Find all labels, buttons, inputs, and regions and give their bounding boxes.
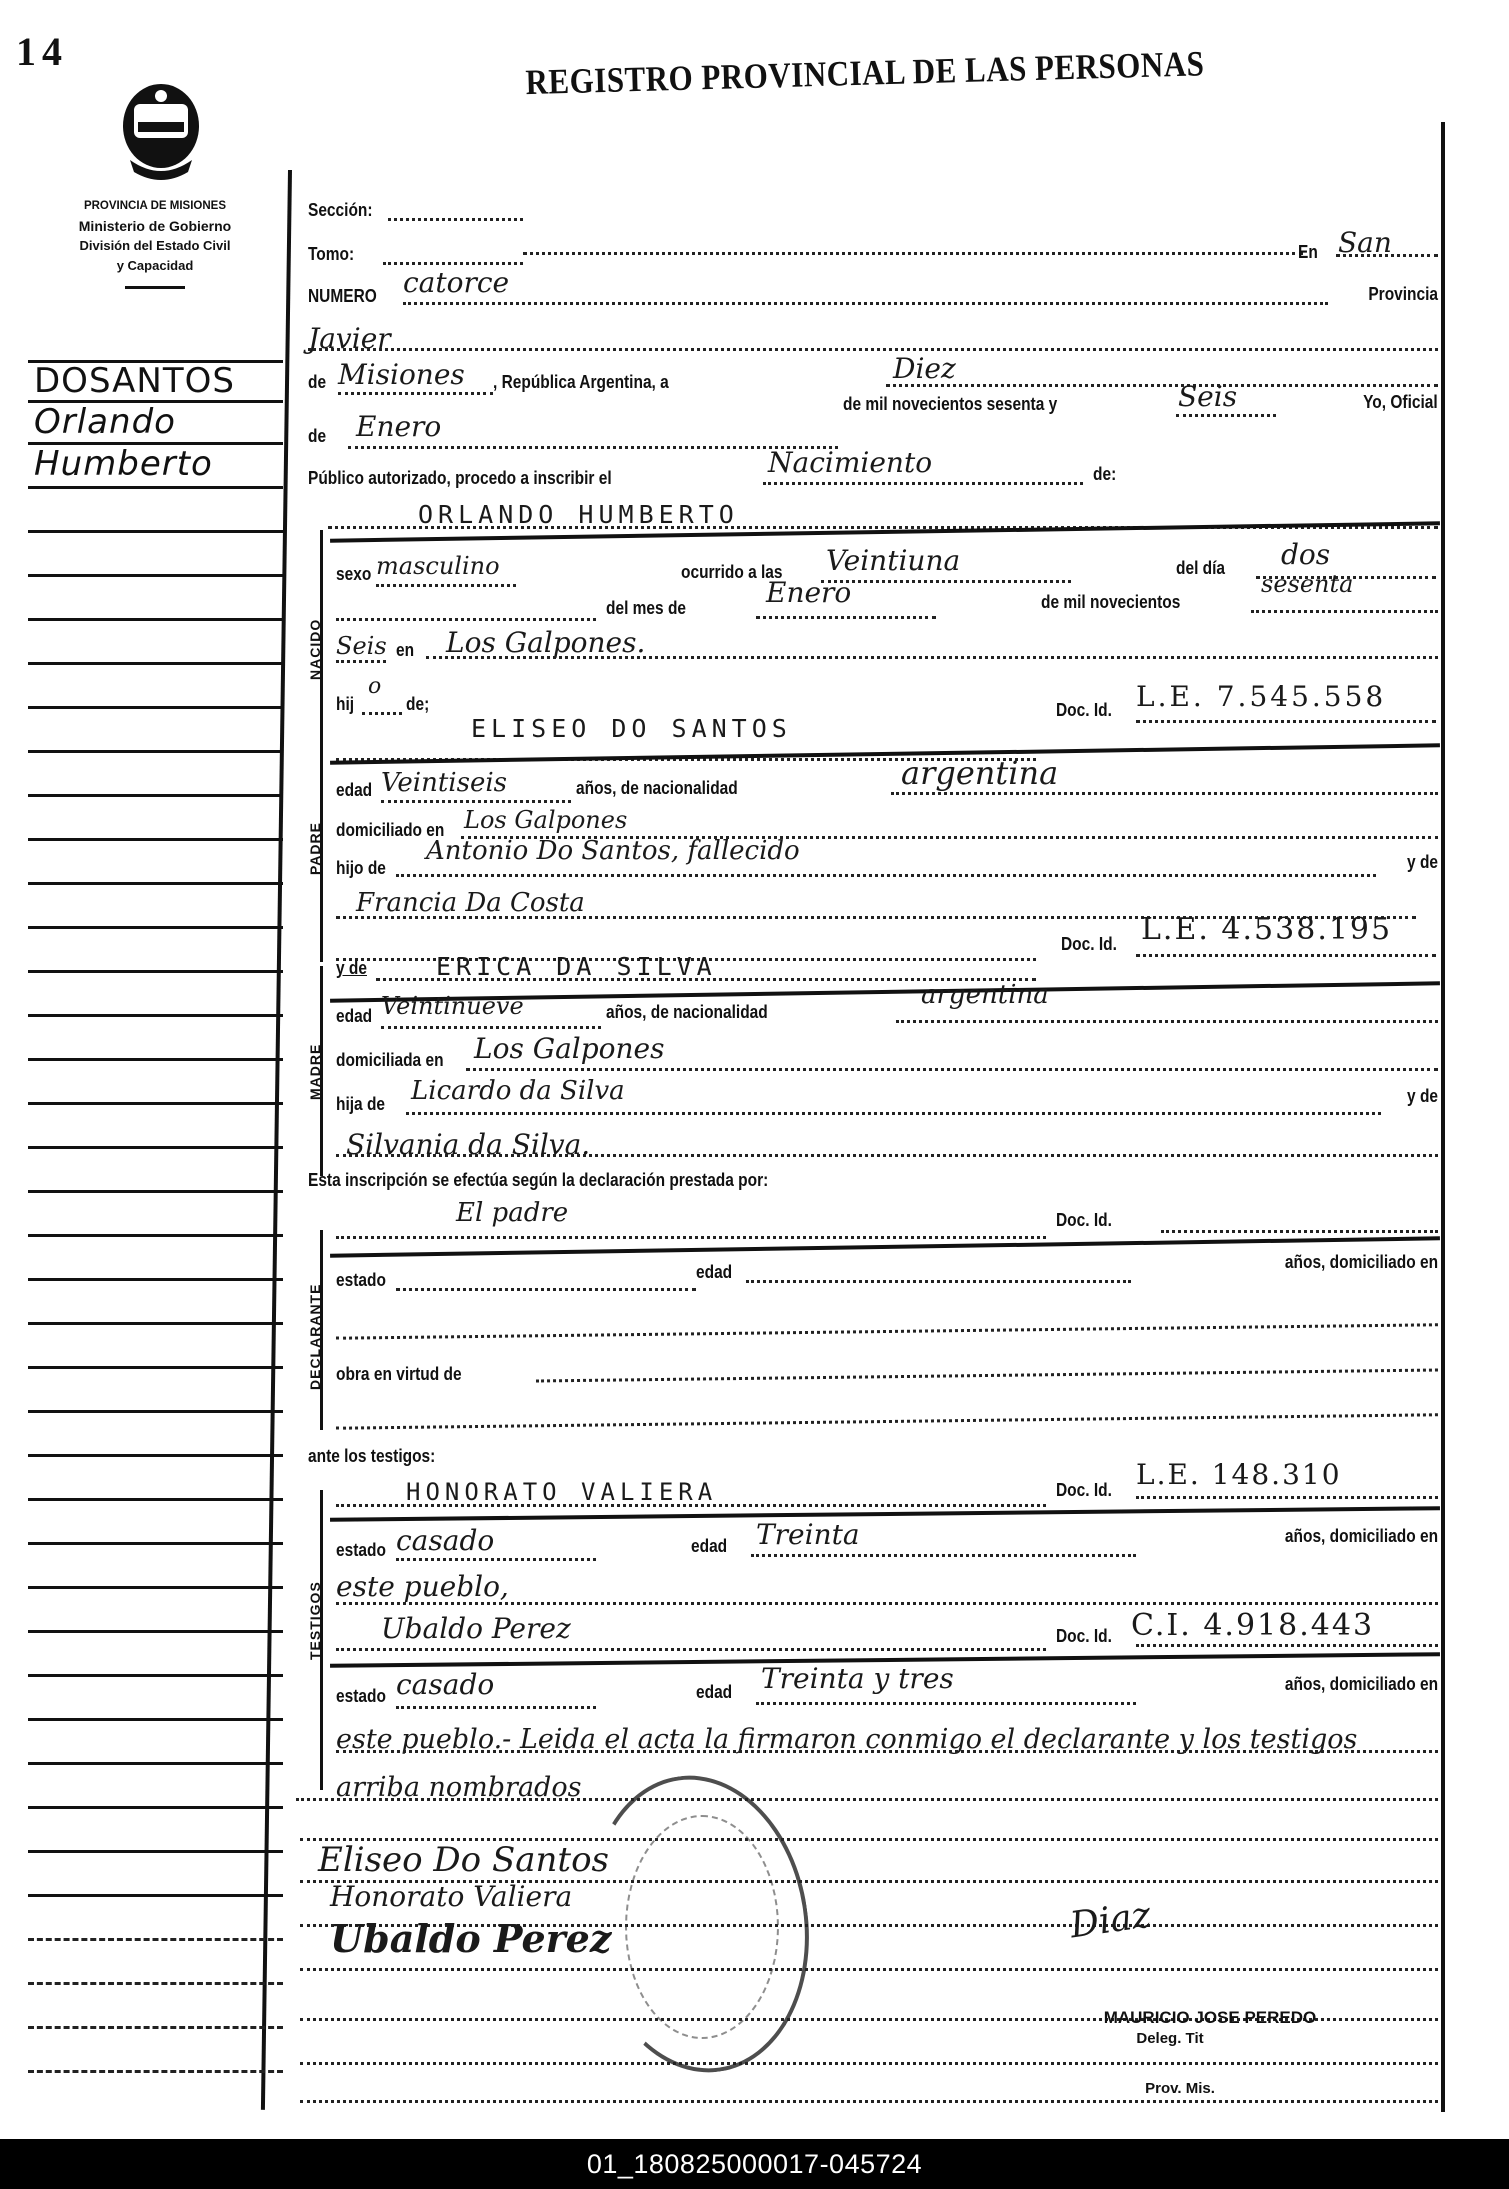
sexo-value: masculino <box>376 552 500 580</box>
testigo1-edad-label: edad <box>691 1536 727 1557</box>
testigo2-estado-value: casado <box>396 1668 494 1701</box>
testigo1-doc-label: Doc. Id. <box>1056 1480 1112 1501</box>
de2-label: de <box>308 426 326 447</box>
padre-nacionalidad-label: años, de nacionalidad <box>576 778 738 799</box>
margin-middle-name: Humberto <box>34 444 213 484</box>
field-declarante-domicilio-line <box>336 1320 1438 1350</box>
testigos-section-label: TESTIGOS <box>307 1581 323 1660</box>
field-anio: de mil novecientos sesenta y Seis Yo, Of… <box>308 394 1438 424</box>
margin-first-name: Orlando <box>34 402 176 442</box>
right-border <box>1441 122 1445 2112</box>
field-testigo2-estado: estado casado edad Treinta y tres años, … <box>336 1686 1438 1716</box>
fecha-dia-value: Diez <box>893 352 956 385</box>
lugar-nacimiento-value: Los Galpones. <box>446 626 645 659</box>
org-province: PROVINCIA DE MISIONES <box>20 196 290 216</box>
dia-nacimiento-value: dos <box>1281 538 1330 571</box>
field-madre-nombre: y de ERICA DA SILVA <box>336 958 1438 988</box>
field-testigo1-estado: estado casado edad Treinta años, domicil… <box>336 1540 1438 1570</box>
madre-doc-label: Doc. Id. <box>1061 934 1117 955</box>
testigos-intro-label: ante los testigos: <box>308 1446 435 1467</box>
field-hijo: hij o de; ELISEO DO SANTOS Doc. Id. L.E.… <box>336 694 1438 724</box>
field-declarante-estado: estado edad años, domiciliado en <box>336 1270 1438 1300</box>
padre-nacionalidad-value: argentina <box>901 754 1058 792</box>
numero-label: NUMERO <box>308 286 377 307</box>
field-seccion: Sección: <box>308 200 1438 230</box>
officer-title: Deleg. Tit <box>1070 2030 1270 2047</box>
padre-doc-value: L.E. 7.545.558 <box>1136 680 1386 713</box>
padre-doc-label: Doc. Id. <box>1056 700 1112 721</box>
nacido-section-label: NACIDO <box>307 619 323 680</box>
provincia-label: Provincia <box>1368 284 1438 305</box>
mes-value: Enero <box>356 410 441 443</box>
madre-domicilio-value: Los Galpones <box>474 1032 665 1065</box>
tomo-label: Tomo: <box>308 244 354 265</box>
org-capacity: y Capacidad <box>20 256 290 276</box>
hijo-suffix-value: o <box>368 674 381 699</box>
en-nacido-label: en <box>396 640 414 661</box>
numero-value: catorce <box>403 266 509 299</box>
de-value: Misiones <box>338 358 465 391</box>
testigo2-nombre-value: Ubaldo Perez <box>381 1612 571 1645</box>
padre-abuela-value: Francia Da Costa <box>356 888 585 918</box>
madre-y-de-label: y de <box>336 958 367 979</box>
mil-novecientos-label: de mil novecientos sesenta y <box>843 394 1057 415</box>
mes-nacimiento-value: Enero <box>766 576 851 609</box>
testigo1-edad-value: Treinta <box>756 1518 860 1551</box>
declarante-edad-label: edad <box>696 1262 732 1283</box>
issuing-organization: PROVINCIA DE MISIONES Ministerio de Gobi… <box>20 196 290 289</box>
field-mes-nacimiento: del mes de Enero de mil novecientos sese… <box>336 596 1438 626</box>
declaracion-intro-label: Esta inscripción se efectúa según la dec… <box>308 1170 768 1191</box>
del-mes-label: del mes de <box>606 598 686 619</box>
field-declarante-obra: obra en virtud de <box>336 1364 1438 1394</box>
org-divider <box>125 286 185 289</box>
page-number: 14 <box>16 28 68 75</box>
madre-domicilio-label: domiciliada en <box>336 1050 444 1071</box>
margin-surname: DOSANTOS <box>34 361 235 401</box>
field-publico: Público autorizado, procedo a inscribir … <box>308 468 1438 498</box>
padre-section-label: PADRE <box>307 822 323 875</box>
officer-province: Prov. Mis. <box>1080 2080 1280 2097</box>
field-madre-abuela: Silvania da Silva. <box>336 1136 1438 1166</box>
madre-abuelo-value: Licardo da Silva <box>411 1076 625 1106</box>
field-declarante-nombre: El padre Doc. Id. <box>336 1212 1438 1242</box>
madre-section-label: MADRE <box>307 1044 323 1100</box>
madre-edad-label: edad <box>336 1006 372 1027</box>
testigo1-estado-value: casado <box>396 1524 494 1557</box>
margin-divider <box>261 170 292 2110</box>
testigo1-nombre-value: HONORATO VALIERA <box>406 1478 717 1506</box>
madre-doc-value: L.E. 4.538.195 <box>1141 912 1392 947</box>
field-numero: NUMERO catorce Provincia <box>308 286 1438 316</box>
padre-hijo-de-label: hijo de <box>336 858 386 879</box>
declarante-section-label: DECLARANTE <box>307 1284 323 1390</box>
testigo1-doc-value: L.E. 148.310 <box>1136 1458 1342 1491</box>
firma-testigo1: Honorato Valiera <box>330 1880 572 1913</box>
madre-hija-de-label: hija de <box>336 1094 385 1115</box>
del-dia-label: del día <box>1176 558 1225 579</box>
image-id-bar: 01_180825000017-045724 <box>0 2139 1509 2189</box>
org-division: División del Estado Civil <box>20 236 290 256</box>
field-padre-hijo-de: hijo de Antonio Do Santos, fallecido y d… <box>336 858 1438 888</box>
padre-edad-value: Veintiseis <box>381 768 507 798</box>
field-testigo2-domicilio: este pueblo.- Leida el acta la firmaron … <box>336 1728 1438 1798</box>
declarante-nombre-value: El padre <box>456 1198 568 1228</box>
declarante-estado-label: estado <box>336 1270 386 1291</box>
hora-value: Veintiuna <box>826 544 960 577</box>
anio-nacimiento-value: sesenta <box>1261 570 1353 598</box>
padre-y-de-label: y de <box>1407 852 1438 873</box>
testigo2-edad-label: edad <box>696 1682 732 1703</box>
field-declaracion-intro: Esta inscripción se efectúa según la dec… <box>308 1170 1438 1200</box>
padre-abuelo-value: Antonio Do Santos, fallecido <box>426 836 800 866</box>
declarante-doc-label: Doc. Id. <box>1056 1210 1112 1231</box>
madre-y-de-label-2: y de <box>1407 1086 1438 1107</box>
padre-edad-label: edad <box>336 780 372 801</box>
anio-value: Seis <box>1178 380 1237 413</box>
org-ministry: Ministerio de Gobierno <box>20 216 290 236</box>
document-title: REGISTRO PROVINCIAL DE LAS PERSONAS <box>525 43 1205 103</box>
coat-of-arms-icon <box>118 82 204 184</box>
republica-label: , República Argentina, a <box>493 372 669 393</box>
de-label: de <box>308 372 326 393</box>
field-declarante-obra-line2 <box>336 1410 1438 1440</box>
madre-edad-value: Veintinueve <box>381 992 524 1020</box>
nombre-inscripto-value: ORLANDO HUMBERTO <box>418 500 739 529</box>
declarante-doc-line <box>1161 1230 1438 1233</box>
field-madre-hija-de: hija de Licardo da Silva y de <box>336 1094 1438 1124</box>
officer-name: MAURICIO JOSE PEREDO <box>1070 2008 1350 2028</box>
testigo1-estado-label: estado <box>336 1540 386 1561</box>
testigo2-estado-label: estado <box>336 1686 386 1707</box>
yo-oficial-label: Yo, Oficial <box>1363 392 1438 413</box>
madre-nacionalidad-label: años, de nacionalidad <box>606 1002 768 1023</box>
firma-oficial: Diaz <box>1068 1895 1154 1947</box>
en-label: En <box>1298 242 1318 263</box>
hijo-label: hij <box>336 694 354 715</box>
field-provincia-value: Javier <box>308 326 1438 356</box>
testigo2-doc-value: C.I. 4.918.443 <box>1131 1608 1374 1643</box>
madre-nacionalidad-value: argentina <box>921 980 1049 1010</box>
field-lugar: Seis en Los Galpones. <box>336 636 1438 666</box>
mil-novecientos-nacido-label: de mil novecientos <box>1041 592 1180 613</box>
de-colon-label: de: <box>1093 464 1116 485</box>
obra-label: obra en virtud de <box>336 1364 462 1385</box>
firma-declarante: Eliseo Do Santos <box>318 1840 609 1880</box>
seccion-line <box>388 218 523 221</box>
seccion-label: Sección: <box>308 200 373 221</box>
anio-nacimiento-value-2: Seis <box>336 632 387 660</box>
sexo-label: sexo <box>336 564 371 585</box>
testigo2-domicilio-label: años, domiciliado en <box>1285 1674 1438 1695</box>
field-testigo1-nombre: HONORATO VALIERA Doc. Id. L.E. 148.310 <box>336 1480 1438 1510</box>
hijo-de-label: de; <box>406 694 429 715</box>
declarante-domicilio-label: años, domiciliado en <box>1285 1252 1438 1273</box>
testigo2-doc-label: Doc. Id. <box>1056 1626 1112 1647</box>
testigo1-domicilio-value: este pueblo, <box>336 1570 509 1603</box>
padre-domicilio-value: Los Galpones <box>464 806 627 834</box>
field-testigo2-nombre: Ubaldo Perez Doc. Id. C.I. 4.918.443 <box>336 1626 1438 1656</box>
official-seal-inner-ring <box>625 1815 779 2039</box>
acto-value: Nacimiento <box>768 446 932 479</box>
testigo2-edad-value: Treinta y tres <box>761 1662 954 1695</box>
testigo1-domicilio-label: años, domiciliado en <box>1285 1526 1438 1547</box>
firma-testigo2: Ubaldo Perez <box>330 1916 611 1961</box>
publico-label: Público autorizado, procedo a inscribir … <box>308 468 612 489</box>
madre-nombre-value: ERICA DA SILVA <box>436 952 717 981</box>
